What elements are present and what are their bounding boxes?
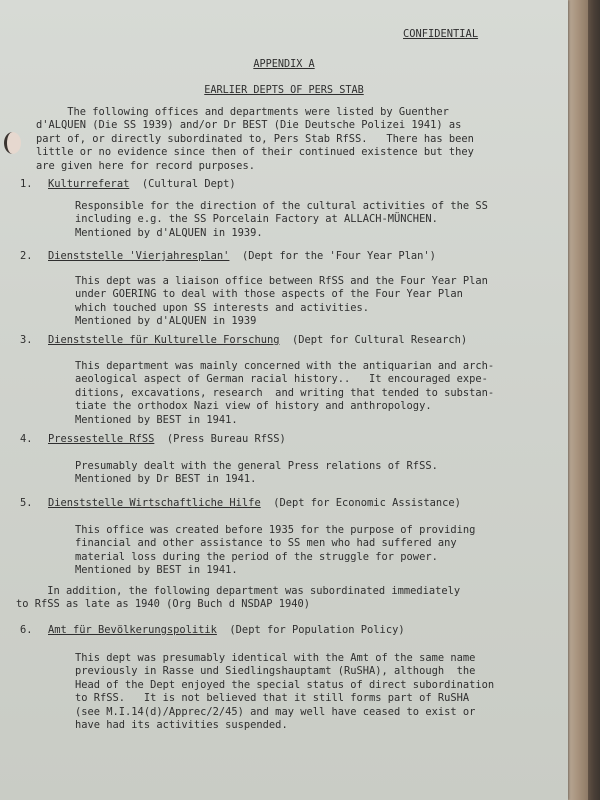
item-number: 3. [20, 334, 48, 347]
item-number: 1. [20, 178, 48, 191]
body-line: financial and other assistance to SS men… [75, 537, 545, 550]
item-translation: (Cultural Dept) [142, 178, 236, 190]
body-line: This department was mainly concerned wit… [75, 360, 545, 373]
item-heading-1: 1.Kulturreferat (Cultural Dept) [20, 178, 236, 191]
appendix-title-text: APPENDIX A [253, 59, 314, 70]
item-body-3: This department was mainly concerned wit… [75, 360, 545, 427]
item-name: Dienststelle Wirtschaftliche Hilfe [48, 497, 261, 509]
body-line: This dept was presumably identical with … [75, 652, 545, 665]
item-number: 5. [20, 497, 48, 510]
item-name: Dienststelle für Kulturelle Forschung [48, 334, 279, 346]
item-number: 2. [20, 250, 48, 263]
addition-line: In addition, the following department wa… [16, 585, 536, 598]
body-line: Head of the Dept enjoyed the special sta… [75, 679, 545, 692]
appendix-title: APPENDIX A [0, 58, 568, 71]
item-name: Dienststelle 'Vierjahresplan' [48, 250, 229, 262]
body-line: to RfSS. It is not believed that it stil… [75, 692, 545, 705]
intro-paragraph: The following offices and departments we… [36, 106, 516, 173]
item-heading-2: 2.Dienststelle 'Vierjahresplan' (Dept fo… [20, 250, 436, 263]
item-translation: (Dept for Population Policy) [229, 624, 404, 636]
item-translation: (Press Bureau RfSS) [167, 433, 286, 445]
folder-edge [568, 0, 588, 800]
item-body-1: Responsible for the direction of the cul… [75, 200, 545, 240]
body-line: tiate the orthodox Nazi view of history … [75, 400, 545, 413]
body-line: (see M.I.14(d)/Apprec/2/45) and may well… [75, 706, 545, 719]
body-line: which touched upon SS interests and acti… [75, 302, 545, 315]
body-line: This office was created before 1935 for … [75, 524, 545, 537]
item-number: 4. [20, 433, 48, 446]
body-line: aeological aspect of German racial histo… [75, 373, 545, 386]
body-line: ditions, excavations, research and writi… [75, 387, 545, 400]
addition-line: to RfSS as late as 1940 (Org Buch d NSDA… [16, 598, 536, 611]
intro-line: are given here for record purposes. [36, 160, 516, 173]
intro-line: The following offices and departments we… [36, 106, 516, 119]
item-heading-4: 4.Pressestelle RfSS (Press Bureau RfSS) [20, 433, 286, 446]
addition-paragraph: In addition, the following department wa… [16, 585, 536, 612]
item-name: Amt für Bevölkerungspolitik [48, 624, 217, 636]
body-line: including e.g. the SS Porcelain Factory … [75, 213, 545, 226]
body-line: Mentioned by Dr BEST in 1941. [75, 473, 545, 486]
classification-marking: CONFIDENTIAL [403, 28, 478, 41]
intro-line: d'ALQUEN (Die SS 1939) and/or Dr BEST (D… [36, 119, 516, 132]
item-body-2: This dept was a liaison office between R… [75, 275, 545, 329]
punch-hole [4, 132, 21, 154]
item-name: Pressestelle RfSS [48, 433, 154, 445]
body-line: This dept was a liaison office between R… [75, 275, 545, 288]
document-page: CONFIDENTIAL APPENDIX A EARLIER DEPTS OF… [0, 0, 568, 800]
intro-line: little or no evidence since then of thei… [36, 146, 516, 159]
document-subtitle: EARLIER DEPTS OF PERS STAB [0, 84, 568, 97]
item-body-5: This office was created before 1935 for … [75, 524, 545, 578]
body-line: Presumably dealt with the general Press … [75, 460, 545, 473]
item-heading-5: 5.Dienststelle Wirtschaftliche Hilfe (De… [20, 497, 461, 510]
body-line: previously in Rasse und Siedlingshauptam… [75, 665, 545, 678]
item-body-6: This dept was presumably identical with … [75, 652, 545, 732]
item-translation: (Dept for Economic Assistance) [273, 497, 461, 509]
item-heading-6: 6.Amt für Bevölkerungspolitik (Dept for … [20, 624, 405, 637]
intro-line: part of, or directly subordinated to, Pe… [36, 133, 516, 146]
body-line: material loss during the period of the s… [75, 551, 545, 564]
item-translation: (Dept for Cultural Research) [292, 334, 467, 346]
body-line: Mentioned by BEST in 1941. [75, 414, 545, 427]
body-line: Responsible for the direction of the cul… [75, 200, 545, 213]
body-line: Mentioned by d'ALQUEN in 1939 [75, 315, 545, 328]
item-translation: (Dept for the 'Four Year Plan') [242, 250, 436, 262]
body-line: Mentioned by BEST in 1941. [75, 564, 545, 577]
item-heading-3: 3.Dienststelle für Kulturelle Forschung … [20, 334, 467, 347]
item-body-4: Presumably dealt with the general Press … [75, 460, 545, 487]
document-subtitle-text: EARLIER DEPTS OF PERS STAB [204, 85, 363, 96]
body-line: have had its activities suspended. [75, 719, 545, 732]
item-name: Kulturreferat [48, 178, 129, 190]
body-line: under GOERING to deal with those aspects… [75, 288, 545, 301]
body-line: Mentioned by d'ALQUEN in 1939. [75, 227, 545, 240]
item-number: 6. [20, 624, 48, 637]
